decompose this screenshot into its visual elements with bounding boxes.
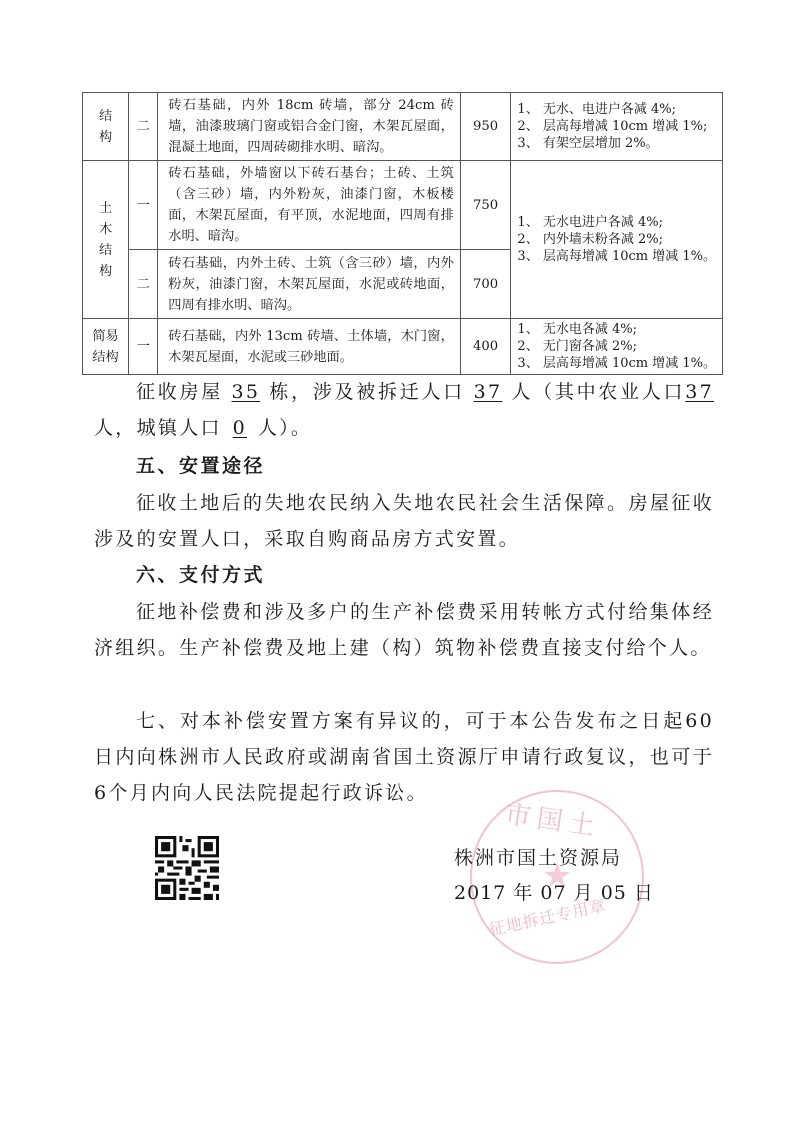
- description-cell: 砖石基础，内外 13cm 砖墙、土体墙，木门窗，木架瓦屋面，水泥或三砂地面。: [158, 319, 461, 375]
- price-cell: 950: [460, 93, 511, 161]
- adjustment-cell: 1、 无水电进户各减 4%; 2、 内外墙未粉各减 2%; 3、 层高每增减 1…: [511, 161, 723, 319]
- issuing-organization: 株洲市国土资源局: [454, 843, 622, 870]
- issue-date: 2017 年 07 月 05 日: [454, 878, 654, 905]
- grade-cell: 二: [129, 93, 158, 161]
- adjustment-cell: 1、 无水电各减 4%; 2、 无门窗各减 2%; 3、 层高每增减 10cm …: [511, 319, 723, 375]
- document-page: 结 构 二 砖石基础，内外 18cm 砖墙，部分 24cm 砖墙，油漆玻璃门窗或…: [0, 0, 800, 1130]
- section-body: 征地补偿费和涉及多户的生产补偿费采用转帐方式付给集体经济组织。生产补偿费及地上建…: [94, 594, 714, 666]
- structure-category-cell: 土 木 结 构: [83, 161, 129, 319]
- section-body: 征收土地后的失地农民纳入失地农民社会生活保障。房屋征收涉及的安置人口，采取自购商…: [94, 485, 714, 557]
- houses-count: 35: [223, 374, 269, 410]
- table-row: 结 构 二 砖石基础，内外 18cm 砖墙，部分 24cm 砖墙，油漆玻璃门窗或…: [83, 93, 723, 161]
- grade-cell: 一: [129, 161, 158, 250]
- grade-cell: 一: [129, 319, 158, 375]
- description-cell: 砖石基础，外墙窗以下砖石基台；土砖、土筑（含三砂）墙，内外粉灰，油漆门窗，木板楼…: [158, 161, 461, 250]
- description-cell: 砖石基础，内外 18cm 砖墙，部分 24cm 砖墙，油漆玻璃门窗或铝合金门窗，…: [158, 93, 461, 161]
- structure-category-cell: 简易 结构: [83, 319, 129, 375]
- grade-cell: 二: [129, 250, 158, 319]
- agri-count: 37: [685, 374, 714, 410]
- price-cell: 400: [460, 319, 511, 375]
- summary-paragraph: 征收房屋35栋，涉及被拆迁人口37人（其中农业人口37人，城镇人口0人）。: [94, 374, 714, 446]
- people-count: 37: [465, 374, 511, 410]
- section-heading: 五、安置途径: [136, 451, 265, 478]
- table-row: 土 木 结 构 一 砖石基础，外墙窗以下砖石基台；土砖、土筑（含三砂）墙，内外粉…: [83, 161, 723, 250]
- adjustment-cell: 1、 无水、电进户各减 4%; 2、 层高每增减 10cm 增减 1%; 3、 …: [511, 93, 723, 161]
- price-cell: 700: [460, 250, 511, 319]
- structure-category-cell: 结 构: [83, 93, 129, 161]
- urban-count: 0: [222, 410, 258, 446]
- price-cell: 750: [460, 161, 511, 250]
- compensation-table: 结 构 二 砖石基础，内外 18cm 砖墙，部分 24cm 砖墙，油漆玻璃门窗或…: [82, 92, 723, 375]
- description-cell: 砖石基础，内外土砖、土筑（含三砂）墙，内外粉灰，油漆门窗，木架瓦屋面，水泥或砖地…: [158, 250, 461, 319]
- qr-code-icon: [155, 836, 219, 900]
- table-row: 简易 结构 一 砖石基础，内外 13cm 砖墙、土体墙，木门窗，木架瓦屋面，水泥…: [83, 319, 723, 375]
- section-body: 七、对本补偿安置方案有异议的，可于本公告发布之日起60日内向株洲市人民政府或湖南…: [94, 703, 714, 811]
- section-heading: 六、支付方式: [136, 560, 265, 587]
